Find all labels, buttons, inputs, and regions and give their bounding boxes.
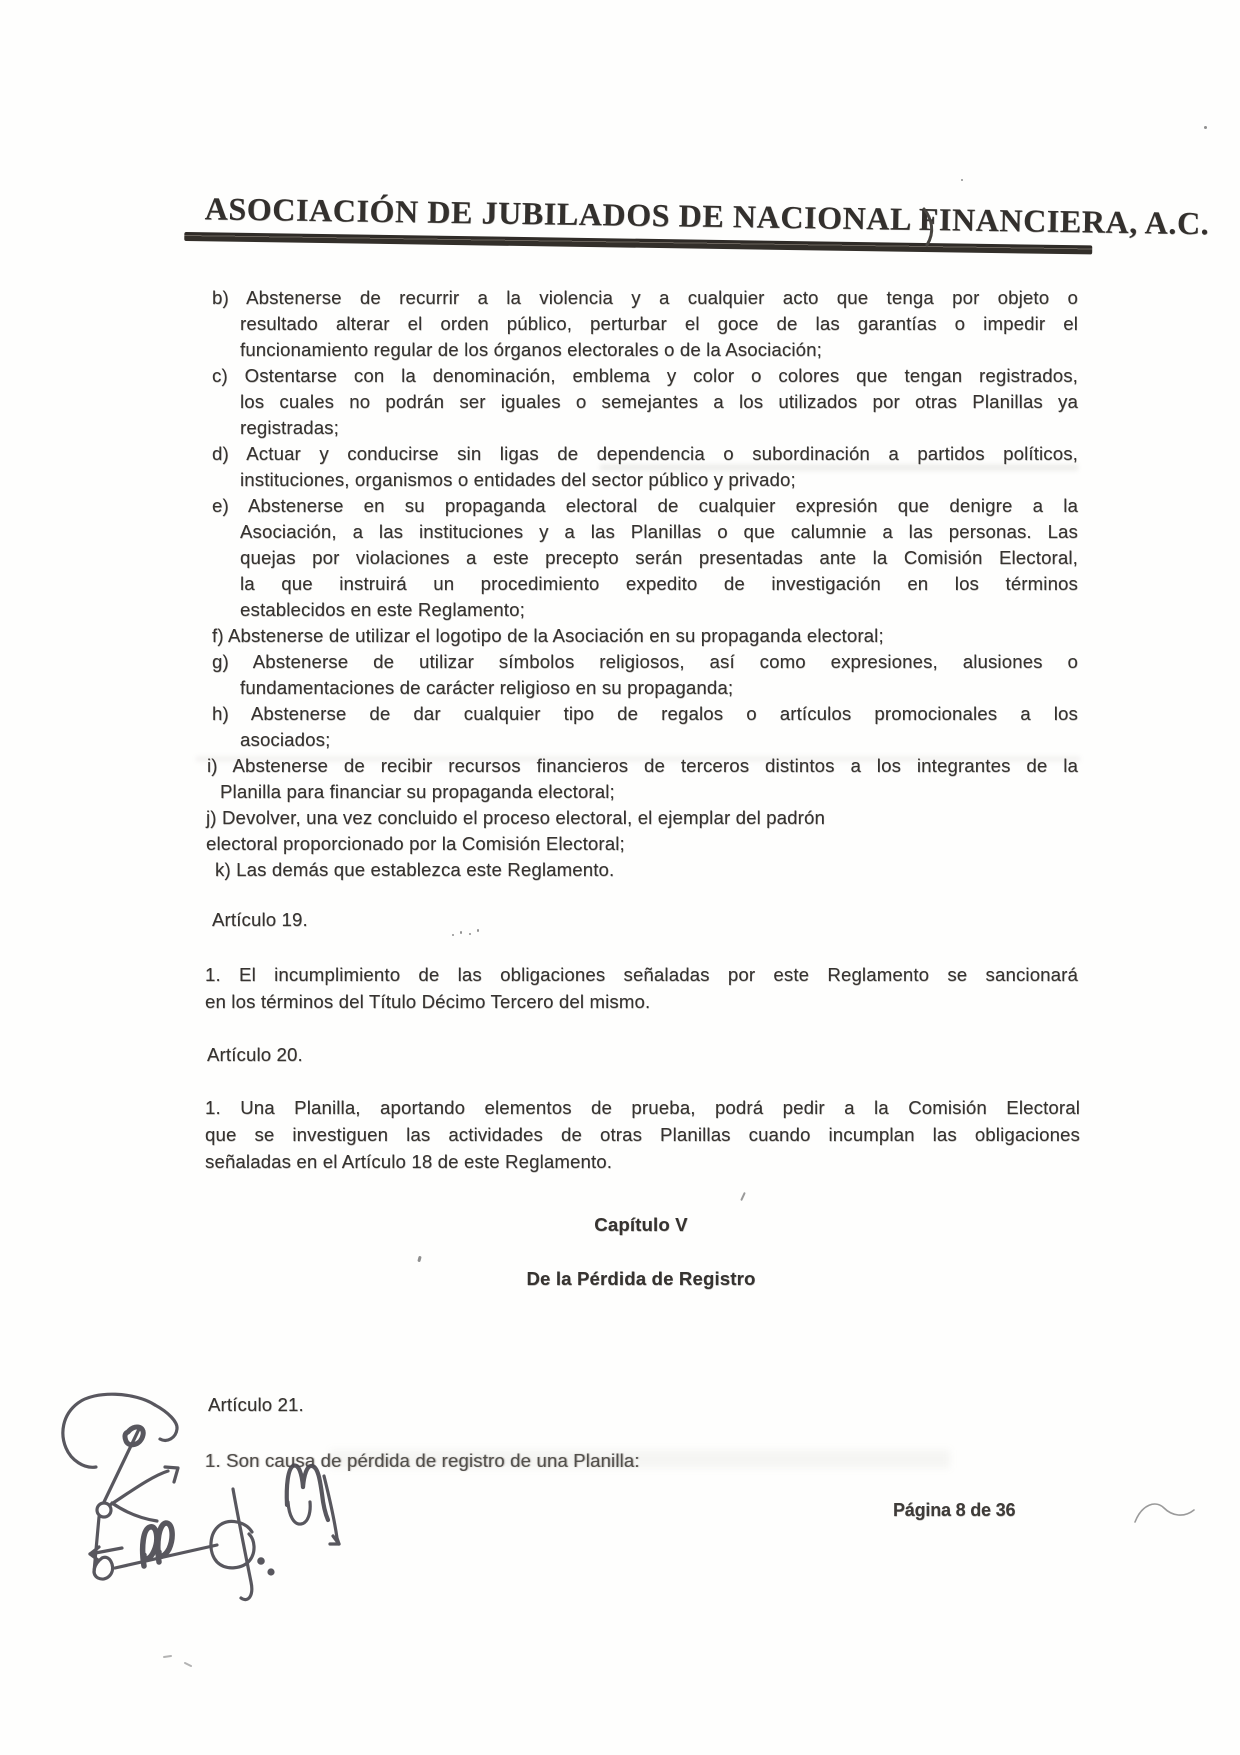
text-line: establecidos en este Reglamento; xyxy=(240,597,1078,623)
scan-speckle xyxy=(961,179,963,181)
list-item-f: f) Abstenerse de utilizar el logotipo de… xyxy=(212,623,1078,649)
scan-speckle xyxy=(469,933,471,935)
text-line: b) Abstenerse de recurrir a la violencia… xyxy=(240,285,1078,311)
text-line: los cuales no podrán ser iguales o semej… xyxy=(240,389,1078,415)
article-19-heading: Artículo 19. xyxy=(212,907,308,933)
text-line: resultado alterar el orden público, pert… xyxy=(240,311,1078,337)
signature-scribble-icon xyxy=(40,1372,360,1702)
scanned-document-page: ASOCIACIÓN DE JUBILADOS DE NACIONAL FINA… xyxy=(0,0,1240,1755)
scan-speckle xyxy=(1204,126,1207,129)
text-line: instituciones, organismos o entidades de… xyxy=(240,467,1078,493)
scan-speckle xyxy=(452,934,454,936)
text-line: h) Abstenerse de dar cualquier tipo de r… xyxy=(240,701,1078,727)
text-line: electoral proporcionado por la Comisión … xyxy=(206,831,1078,857)
list-item-c: c) Ostentarse con la denominación, emble… xyxy=(212,363,1078,441)
list-item-j: j) Devolver, una vez concluido el proces… xyxy=(206,805,1078,857)
list-item-e: e) Abstenerse en su propaganda electoral… xyxy=(212,493,1078,623)
page-number: Página 8 de 36 xyxy=(893,1500,1015,1521)
list-item-i: i) Abstenerse de recibir recursos financ… xyxy=(207,753,1078,805)
list-item-g: g) Abstenerse de utilizar símbolos relig… xyxy=(212,649,1078,701)
text-line: funcionamiento regular de los órganos el… xyxy=(240,337,1078,363)
text-line: 1. Una Planilla, aportando elementos de … xyxy=(205,1094,1080,1121)
page-curl-icon xyxy=(1130,1492,1200,1537)
article-19-paragraph: 1. El incumplimiento de las obligaciones… xyxy=(205,961,1078,1015)
stray-pen-stroke-icon xyxy=(918,206,942,248)
article-20-heading: Artículo 20. xyxy=(207,1042,303,1068)
chapter-title: Capítulo V xyxy=(205,1212,1077,1238)
scan-speckle xyxy=(460,931,462,934)
list-item-h: h) Abstenerse de dar cualquier tipo de r… xyxy=(212,701,1078,753)
text-line: e) Abstenerse en su propaganda electoral… xyxy=(240,493,1078,519)
text-line: j) Devolver, una vez concluido el proces… xyxy=(206,805,1078,831)
list-item-d: d) Actuar y conducirse sin ligas de depe… xyxy=(212,441,1078,493)
document-title: ASOCIACIÓN DE JUBILADOS DE NACIONAL FINA… xyxy=(204,190,1094,239)
text-line: f) Abstenerse de utilizar el logotipo de… xyxy=(240,623,1078,649)
text-line: d) Actuar y conducirse sin ligas de depe… xyxy=(240,441,1078,467)
text-line: Asociación, a las instituciones y a las … xyxy=(240,519,1078,545)
text-line: k) Las demás que establezca este Reglame… xyxy=(215,857,1078,883)
text-line: que se investiguen las actividades de ot… xyxy=(205,1121,1080,1148)
document-header: ASOCIACIÓN DE JUBILADOS DE NACIONAL FINA… xyxy=(184,190,1095,254)
scan-speckle xyxy=(417,1256,421,1263)
text-line: c) Ostentarse con la denominación, emble… xyxy=(240,363,1078,389)
chapter-subtitle: De la Pérdida de Registro xyxy=(205,1266,1077,1292)
scan-speckle xyxy=(740,1192,746,1201)
text-line: quejas por violaciones a este precepto s… xyxy=(240,545,1078,571)
list-item-k: k) Las demás que establezca este Reglame… xyxy=(215,857,1078,883)
text-line: registradas; xyxy=(240,415,1078,441)
obligations-list: b) Abstenerse de recurrir a la violencia… xyxy=(212,285,1078,883)
text-line: Planilla para financiar su propaganda el… xyxy=(220,779,1078,805)
list-item-b: b) Abstenerse de recurrir a la violencia… xyxy=(212,285,1078,363)
text-line: asociados; xyxy=(240,727,1078,753)
article-20-paragraph: 1. Una Planilla, aportando elementos de … xyxy=(205,1094,1080,1175)
text-line: 1. El incumplimiento de las obligaciones… xyxy=(205,961,1078,988)
scan-speckle xyxy=(477,929,479,932)
text-line: en los términos del Título Décimo Tercer… xyxy=(205,988,1078,1015)
text-line: la que instruirá un procedimiento expedi… xyxy=(240,571,1078,597)
text-line: i) Abstenerse de recibir recursos financ… xyxy=(220,753,1078,779)
text-line: fundamentaciones de carácter religioso e… xyxy=(240,675,1078,701)
text-line: g) Abstenerse de utilizar símbolos relig… xyxy=(240,649,1078,675)
text-line: señaladas en el Artículo 18 de este Regl… xyxy=(205,1148,1080,1175)
